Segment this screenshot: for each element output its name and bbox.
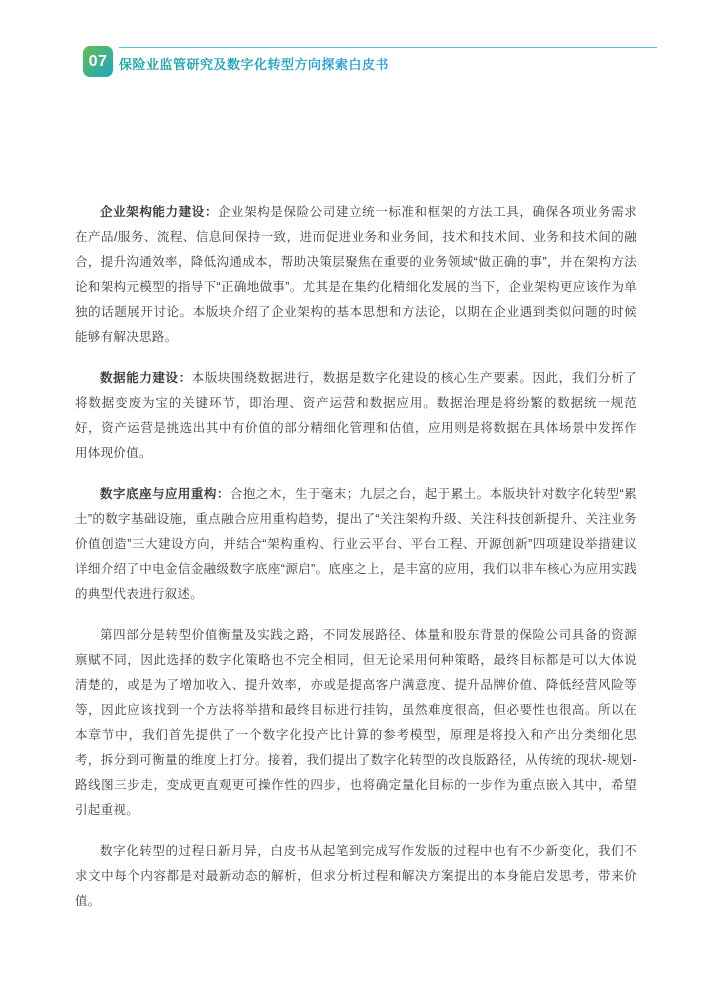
paragraph: 数据能力建设：本版块围绕数据进行，数据是数字化建设的核心生产要素。因此，我们分析… xyxy=(75,366,637,466)
paragraph: 企业架构能力建设：企业架构是保险公司建立统一标准和框架的方法工具，确保各项业务需… xyxy=(75,200,637,350)
paragraph: 数字化转型的过程日新月异，白皮书从起笔到完成写作发版的过程中也有不少新变化，我们… xyxy=(75,839,637,914)
paragraph-lead: 企业架构能力建设： xyxy=(100,205,218,219)
paragraph-lead: 数据能力建设： xyxy=(100,371,192,385)
document-page: 07 保险业监管研究及数字化转型方向探索白皮书 企业架构能力建设：企业架构是保险… xyxy=(0,0,710,988)
paragraph: 数字底座与应用重构：合抱之木，生于毫末；九层之台，起于累土。本版块针对数字化转型… xyxy=(75,482,637,607)
page-title: 保险业监管研究及数字化转型方向探索白皮书 xyxy=(119,54,389,73)
header-divider-line xyxy=(119,47,657,48)
page-number-badge: 07 xyxy=(83,46,113,77)
paragraph: 第四部分是转型价值衡量及实践之路，不同发展路径、体量和股东背景的保险公司具备的资… xyxy=(75,623,637,823)
paragraph-lead: 数字底座与应用重构： xyxy=(100,487,230,501)
page-content: 企业架构能力建设：企业架构是保险公司建立统一标准和框架的方法工具，确保各项业务需… xyxy=(75,200,637,930)
